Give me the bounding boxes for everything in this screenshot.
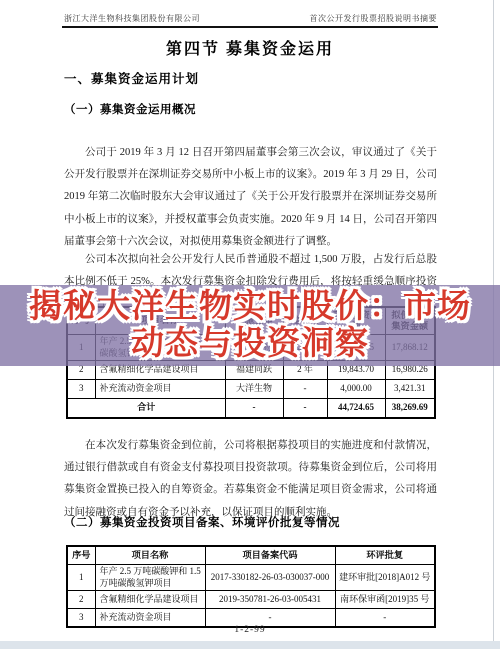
cell-index: 2 (67, 591, 95, 609)
col-header: 环评批复 (335, 546, 435, 565)
watermark-title-line2: 动态与投资洞察 (0, 324, 500, 361)
table-row: 1 年产 2.5 万吨碳酸钾和 1.5 万吨碳酸氢钾项目 2017-330182… (67, 565, 435, 591)
cell-eia-approval: 建环审批[2018]A012 号 (335, 565, 435, 591)
table-row: 2 含氟精细化学品建设项目 2019-350781-26-03-005431 南… (67, 591, 435, 609)
cell-total-label: 合计 (67, 399, 225, 419)
cell-filing-code: 2017-330182-26-03-030037-000 (205, 565, 335, 591)
col-header: 项目备案代码 (205, 546, 335, 565)
paragraph-board-resolutions: 公司于 2019 年 3 月 12 日召开第四届董事会第三次会议，审议通过了《关… (64, 142, 437, 254)
cell-project-name: 含氟精细化学品建设项目 (95, 591, 205, 609)
running-header-company: 浙江大洋生物科技集团股份有限公司 (64, 13, 200, 24)
cell-eia-approval: 南环保审函[2019]35 号 (335, 591, 435, 609)
cell-total-investment-sum: 44,724.65 (327, 399, 385, 419)
cell-implementer: 大洋生物 (225, 380, 283, 399)
table-header-row: 序号 项目名称 项目备案代码 环评批复 (67, 546, 435, 565)
cell-total-implementer: - (225, 399, 283, 419)
subsection-heading-filing-approval: （二）募集资金投资项目备案、环境评价批复等情况 (64, 514, 340, 530)
running-header-doc-type: 首次公开发行股票招股说明书摘要 (310, 13, 438, 24)
cell-project-name: 补充流动资金项目 (95, 380, 225, 399)
cell-total-period: - (283, 399, 327, 419)
paragraph-funds-arrangement: 在本次发行募集资金到位前，公司将根据募投项目的实施进度和付款情况，通过银行借款或… (64, 435, 437, 525)
page-title: 第四节 募集资金运用 (0, 36, 500, 59)
col-header: 项目名称 (95, 546, 205, 565)
page-number: 1-2-99 (0, 625, 500, 635)
cell-raised-funds: 3,421.31 (385, 380, 435, 399)
section-heading-1: 一、募集资金运用计划 (64, 69, 199, 87)
col-header: 序号 (67, 546, 95, 565)
cell-total-investment: 4,000.00 (327, 380, 385, 399)
cell-total-raised-sum: 38,269.69 (385, 399, 435, 419)
cell-index: 1 (67, 565, 95, 591)
header-divider (62, 26, 438, 28)
subsection-heading-overview: （一）募集资金运用概况 (64, 101, 196, 117)
project-filing-approval-table: 序号 项目名称 项目备案代码 环评批复 1 年产 2.5 万吨碳酸钾和 1.5 … (66, 545, 436, 628)
cell-build-period: - (283, 380, 327, 399)
cell-filing-code: 2019-350781-26-03-005431 (205, 591, 335, 609)
bottom-strip (0, 641, 500, 649)
cell-index: 3 (67, 380, 95, 399)
table-row: 3 补充流动资金项目 大洋生物 - 4,000.00 3,421.31 (67, 380, 435, 399)
cell-project-name: 年产 2.5 万吨碳酸钾和 1.5 万吨碳酸氢钾项目 (95, 565, 205, 591)
watermark-title-line1: 揭秘大洋生物实时股价：市场 (0, 287, 500, 324)
table-total-row: 合计 - - 44,724.65 38,269.69 (67, 399, 435, 419)
